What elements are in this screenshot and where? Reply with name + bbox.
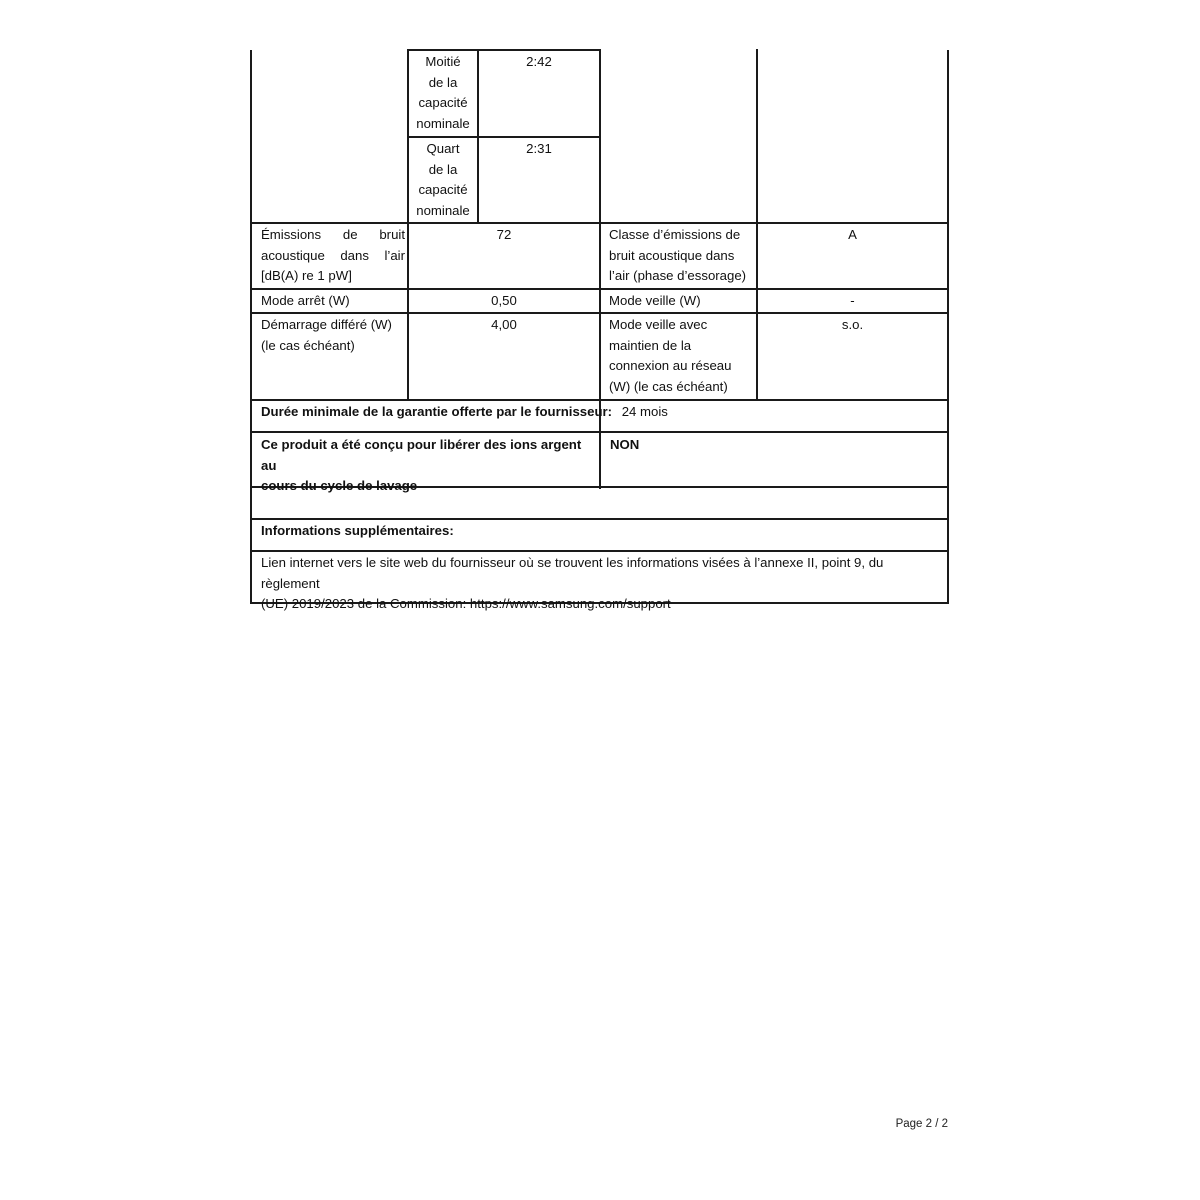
off-mode-label: Mode arrêt (W) <box>261 291 405 312</box>
grid-line <box>407 136 601 138</box>
networked-standby-label: Mode veille avec maintien de la connexio… <box>609 315 755 398</box>
noise-class-value: A <box>758 225 947 246</box>
delay-start-value: 4,00 <box>409 315 599 336</box>
label-line: connexion au réseau <box>609 356 755 377</box>
label-line: capacité <box>409 180 477 201</box>
label-line: Mode veille avec <box>609 315 755 336</box>
standby-mode-value: - <box>758 291 947 312</box>
label-line: l’air (phase d’essorage) <box>609 266 755 287</box>
silver-ions-value: NON <box>610 435 940 456</box>
label-line: Classe d’émissions de <box>609 225 755 246</box>
label-line: nominale <box>409 114 477 135</box>
grid-line <box>250 431 949 433</box>
page-number: Page 2 / 2 <box>880 1118 948 1130</box>
quarter-capacity-value: 2:31 <box>479 139 599 160</box>
grid-line <box>407 49 601 51</box>
quarter-capacity-label: Quart de la capacité nominale <box>409 139 477 222</box>
noise-emissions-value: 72 <box>409 225 599 246</box>
warranty-value: 24 mois <box>622 404 668 419</box>
standby-mode-label: Mode veille (W) <box>609 291 755 312</box>
label-line: Quart <box>409 139 477 160</box>
label-line: bruit acoustique dans <box>609 246 755 267</box>
label-line: nominale <box>409 201 477 222</box>
text-line: Lien internet vers le site web du fourni… <box>261 553 945 594</box>
half-capacity-value: 2:42 <box>479 52 599 73</box>
networked-standby-value: s.o. <box>758 315 947 336</box>
grid-line <box>250 399 949 401</box>
grid-line <box>599 49 601 489</box>
label-line: Moitié <box>409 52 477 73</box>
off-mode-value: 0,50 <box>409 291 599 312</box>
noise-emissions-label: Émissions de bruit acoustique dans l’air… <box>261 225 405 287</box>
grid-line <box>250 288 949 290</box>
warranty-row: Durée minimale de la garantie offerte pa… <box>261 402 941 423</box>
label-line: (le cas échéant) <box>261 336 405 357</box>
label-line: Démarrage différé (W) <box>261 315 405 336</box>
grid-line <box>250 518 949 520</box>
grid-line <box>250 312 949 314</box>
grid-line <box>250 222 949 224</box>
table-border-left <box>250 50 252 604</box>
website-link-text: Lien internet vers le site web du fourni… <box>261 553 945 615</box>
label-line: Ce produit a été conçu pour libérer des … <box>261 435 597 476</box>
label-line: [dB(A) re 1 pW] <box>261 266 405 287</box>
label-line: capacité <box>409 93 477 114</box>
table-border-right <box>947 50 949 604</box>
delay-start-label: Démarrage différé (W) (le cas échéant) <box>261 315 405 356</box>
support-link[interactable]: (UE) 2019/2023 de la Commission: https:/… <box>261 594 945 615</box>
additional-info-heading: Informations supplémentaires: <box>261 521 941 542</box>
label-line: (W) (le cas échéant) <box>609 377 755 398</box>
half-capacity-label: Moitié de la capacité nominale <box>409 52 477 135</box>
label-line: de la <box>409 160 477 181</box>
label-line: de la <box>409 73 477 94</box>
label-line: maintien de la <box>609 336 755 357</box>
noise-class-label: Classe d’émissions de bruit acoustique d… <box>609 225 755 287</box>
silver-ions-label: Ce produit a été conçu pour libérer des … <box>261 435 597 497</box>
label-line: acoustique dans l’air <box>261 246 405 267</box>
label-line: cours du cycle de lavage <box>261 476 597 497</box>
document-page: Moitié de la capacité nominale 2:42 Quar… <box>0 0 1200 1200</box>
warranty-label: Durée minimale de la garantie offerte pa… <box>261 404 612 419</box>
label-line: Émissions de bruit <box>261 225 405 246</box>
grid-line <box>250 550 949 552</box>
